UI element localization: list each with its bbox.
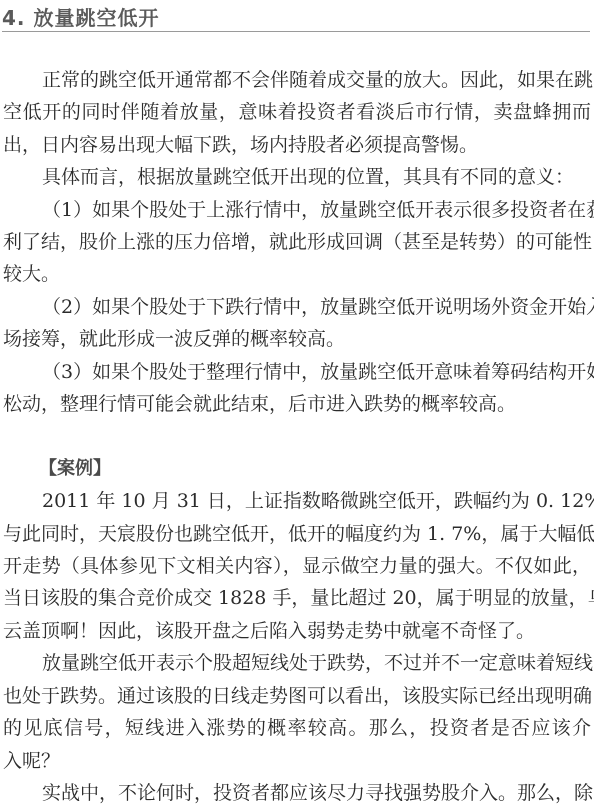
- body-text: 正常的跳空低开通常都不会伴随着成交量的放大。因此，如果在跳 空低开的同时伴随着放…: [3, 64, 591, 809]
- paragraph-case-2: （2）如果个股处于下跌行情中，放量跳空低开说明场外资金开始入 场接筹，就此形成一…: [3, 291, 591, 356]
- text-line: 正常的跳空低开通常都不会伴随着成交量的放大。因此，如果在跳: [3, 64, 591, 96]
- paragraph-case-1: （1）如果个股处于上涨行情中，放量跳空低开表示很多投资者在获 利了结，股价上涨的…: [3, 194, 591, 291]
- case-paragraph-event: 2011 年 10 月 31 日，上证指数略微跳空低开，跌幅约为 0. 12%。…: [3, 485, 591, 647]
- text-line: （1）如果个股处于上涨行情中，放量跳空低开表示很多投资者在获: [3, 194, 591, 226]
- heading-divider: [2, 31, 590, 32]
- text-line: （3）如果个股处于整理行情中，放量跳空低开意味着筹码结构开始: [3, 356, 591, 388]
- text-line: 较大。: [3, 258, 591, 290]
- text-line: 具体而言，根据放量跳空低开出现的位置，其具有不同的意义：: [3, 161, 591, 193]
- text-line: 实战中，不论何时，投资者都应该尽力寻找强势股介入。那么，除: [3, 777, 591, 809]
- text-line: 场接筹，就此形成一波反弹的概率较高。: [3, 323, 591, 355]
- text-line: 也处于跌势。通过该股的日线走势图可以看出，该股实际已经出现明确: [3, 680, 591, 712]
- case-paragraph-analysis: 放量跳空低开表示个股超短线处于跌势，不过并不一定意味着短线 也处于跌势。通过该股…: [3, 647, 591, 777]
- spacer: [3, 420, 591, 452]
- text-line: 与此同时，天宸股份也跳空低开，低开的幅度约为 1. 7%，属于大幅低: [3, 518, 591, 550]
- text-line: 空低开的同时伴随着放量，意味着投资者看淡后市行情，卖盘蜂拥而: [3, 96, 591, 128]
- paragraph-case-3: （3）如果个股处于整理行情中，放量跳空低开意味着筹码结构开始 松动，整理行情可能…: [3, 356, 591, 421]
- text-line: 松动，整理行情可能会就此结束，后市进入跌势的概率较高。: [3, 388, 591, 420]
- text-line: 入呢？: [3, 745, 591, 777]
- text-line: 当日该股的集合竞价成交 1828 手，量比超过 20，属于明显的放量，乌: [3, 582, 591, 614]
- document-page: 4. 放量跳空低开 正常的跳空低开通常都不会伴随着成交量的放大。因此，如果在跳 …: [0, 0, 594, 812]
- paragraph-intro: 正常的跳空低开通常都不会伴随着成交量的放大。因此，如果在跳 空低开的同时伴随着放…: [3, 64, 591, 161]
- text-line: 放量跳空低开表示个股超短线处于跌势，不过并不一定意味着短线: [3, 647, 591, 679]
- text-line: 开走势（具体参见下文相关内容），显示做空力量的强大。不仅如此，: [3, 550, 591, 582]
- case-paragraph-practice: 实战中，不论何时，投资者都应该尽力寻找强势股介入。那么，除: [3, 777, 591, 809]
- text-line: 出，日内容易出现大幅下跌，场内持股者必须提高警惕。: [3, 129, 591, 161]
- text-line: 的见底信号，短线进入涨势的概率较高。那么，投资者是否应该介: [3, 712, 591, 744]
- paragraph-meaning: 具体而言，根据放量跳空低开出现的位置，其具有不同的意义：: [3, 161, 591, 193]
- text-line: 利了结，股价上涨的压力倍增，就此形成回调（甚至是转势）的可能性: [3, 226, 591, 258]
- text-line: 云盖顶啊！因此，该股开盘之后陷入弱势走势中就毫不奇怪了。: [3, 615, 591, 647]
- section-heading: 4. 放量跳空低开: [2, 2, 159, 31]
- case-label: 【案例】: [3, 453, 591, 485]
- text-line: （2）如果个股处于下跌行情中，放量跳空低开说明场外资金开始入: [3, 291, 591, 323]
- text-line: 2011 年 10 月 31 日，上证指数略微跳空低开，跌幅约为 0. 12%。: [3, 485, 591, 517]
